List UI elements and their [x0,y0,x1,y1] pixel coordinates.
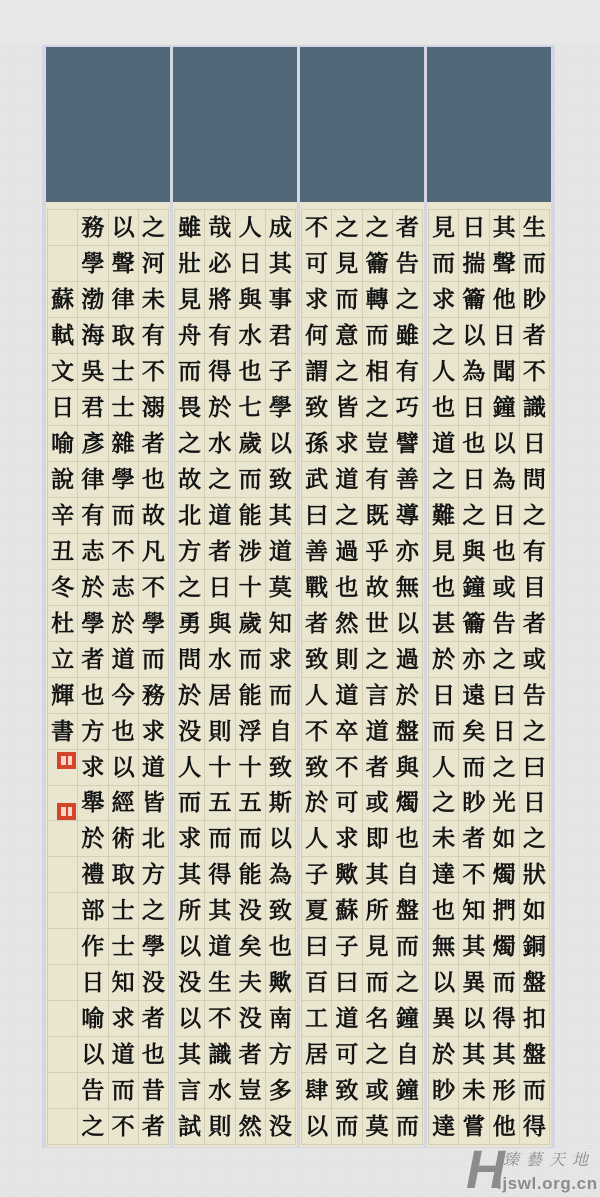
character-cell: 他 [490,282,519,318]
character-cell: 之 [78,1109,107,1145]
character-cell: 畏 [175,390,204,426]
character-cell: 之 [139,893,168,929]
character-cell: 人 [302,678,331,714]
character-cell: 可 [332,1037,361,1073]
panel-header-band [427,47,551,202]
character-cell: 道 [109,1037,138,1073]
character-cell: 致 [266,750,295,786]
character-cell: 之 [175,426,204,462]
character-cell: 曰 [302,498,331,534]
character-cell: 眇 [429,1073,458,1109]
character-cell: 也 [332,570,361,606]
character-cell: 聞 [490,354,519,390]
character-cell: 之 [363,1037,392,1073]
character-cell: 見 [429,534,458,570]
character-cell: 今 [109,678,138,714]
character-cell: 水 [236,318,265,354]
character-cell: 致 [302,750,331,786]
character-cell: 形 [490,1073,519,1109]
character-cell: 者 [520,606,549,642]
scroll-panel-3: 成其事君子學以致其道莫知求而自致斯以為致也歟南方多没 人日與水也七歲而能涉十歲而… [173,47,297,1147]
character-cell: 之 [429,318,458,354]
character-cell: 也 [429,893,458,929]
character-cell: 於 [393,678,422,714]
character-cell: 而 [109,1073,138,1109]
character-cell: 學 [78,606,107,642]
character-cell: 昔 [139,1073,168,1109]
character-cell: 生 [205,965,234,1001]
character-cell: 日 [48,390,77,426]
character-cell: 然 [236,1109,265,1145]
character-cell: 也 [459,426,488,462]
character-cell: 得 [205,354,234,390]
character-cell: 自 [393,857,422,893]
character-cell: 將 [205,282,234,318]
character-cell: 求 [266,642,295,678]
character-cell: 豈 [236,1073,265,1109]
character-cell: 燭 [490,929,519,965]
character-cell: 乎 [363,534,392,570]
character-cell: 不 [109,1109,138,1145]
character-cell: 部 [78,893,107,929]
character-cell: 勇 [175,606,204,642]
character-cell: 蘇 [332,893,361,929]
character-cell: 凡 [139,534,168,570]
character-cell: 以 [490,426,519,462]
character-cell: 也 [266,929,295,965]
character-cell: 聲 [109,246,138,282]
character-cell: 以 [429,965,458,1001]
character-cell: 知 [266,606,295,642]
character-cell: 告 [490,606,519,642]
character-cell: 士 [109,390,138,426]
character-cell: 得 [205,857,234,893]
character-cell: 之 [490,642,519,678]
character-cell: 而 [393,1109,422,1145]
character-cell: 而 [236,642,265,678]
character-cell: 學 [266,390,295,426]
character-cell: 律 [109,282,138,318]
character-cell: 為 [266,857,295,893]
character-cell: 子 [332,929,361,965]
character-cell: 學 [139,606,168,642]
character-cell: 鐘 [393,1001,422,1037]
character-cell: 見 [175,282,204,318]
character-cell: 歟 [332,857,361,893]
character-cell: 喻 [78,1001,107,1037]
character-cell: 方 [266,1037,295,1073]
character-cell: 以 [266,426,295,462]
character-cell: 道 [332,678,361,714]
character-cell: 而 [175,786,204,822]
character-cell: 者 [459,821,488,857]
character-cell: 以 [109,750,138,786]
character-cell: 所 [363,893,392,929]
character-cell: 壯 [175,246,204,282]
character-cell: 其 [266,246,295,282]
panel-header-band [300,47,424,202]
panel-header-band [46,47,170,202]
character-cell: 有 [205,318,234,354]
character-cell: 達 [429,857,458,893]
character-cell: 君 [78,390,107,426]
character-cell: 溺 [139,390,168,426]
character-cell: 扣 [520,1001,549,1037]
character-cell: 巧 [393,390,422,426]
character-cell: 盤 [393,893,422,929]
character-cell: 也 [109,714,138,750]
character-cell: 有 [78,498,107,534]
character-cell: 十 [236,750,265,786]
character-cell: 意 [332,318,361,354]
character-cell: 不 [139,354,168,390]
character-cell [48,929,77,965]
character-cell: 其 [175,857,204,893]
character-cell: 目 [520,570,549,606]
character-cell: 有 [520,534,549,570]
character-cell [48,1109,77,1145]
character-cell: 過 [332,534,361,570]
character-cell: 求 [302,282,331,318]
character-cell: 丑 [48,534,77,570]
character-cell: 未 [139,282,168,318]
character-cell: 狀 [520,857,549,893]
character-cell [48,821,77,857]
character-cell: 然 [332,606,361,642]
character-cell: 没 [175,965,204,1001]
character-cell: 律 [78,462,107,498]
character-cell: 志 [109,570,138,606]
watermark-site-name: 臻藝天地 [503,1152,595,1168]
character-cell: 人 [429,354,458,390]
character-cell: 也 [429,570,458,606]
character-cell: 於 [302,786,331,822]
character-cell: 不 [520,354,549,390]
character-cell: 方 [175,534,204,570]
character-cell: 求 [175,821,204,857]
character-cell [48,893,77,929]
character-grid: 之河未有不溺者也故凡不學而務求道皆北方之學没者也昔者 以聲律取士士雜學而不志於道… [47,209,169,1145]
character-cell: 者 [205,534,234,570]
character-cell: 名 [363,1001,392,1037]
character-cell: 五 [236,786,265,822]
character-cell: 雖 [393,318,422,354]
character-cell: 之 [393,282,422,318]
character-cell: 有 [139,318,168,354]
character-cell: 問 [175,642,204,678]
character-cell: 所 [175,893,204,929]
character-cell: 以 [175,1001,204,1037]
character-cell: 矣 [459,714,488,750]
character-cell: 其 [363,857,392,893]
text-column: 日揣籥以為日也日之與鐘籥亦遠矣而眇者不知其異以其未嘗 [458,210,488,1145]
character-cell: 異 [459,965,488,1001]
character-cell: 日 [236,246,265,282]
character-cell: 喻 [48,426,77,462]
character-cell: 其 [266,498,295,534]
character-cell: 告 [78,1073,107,1109]
character-cell: 致 [266,462,295,498]
character-cell: 雜 [109,426,138,462]
character-cell: 歲 [236,606,265,642]
character-cell: 歲 [236,426,265,462]
character-cell: 没 [236,1001,265,1037]
character-cell: 何 [302,318,331,354]
character-cell: 之 [520,498,549,534]
character-cell: 渤 [78,282,107,318]
character-cell: 肆 [302,1073,331,1109]
character-cell: 人 [175,750,204,786]
character-cell: 銅 [520,929,549,965]
character-cell: 見 [429,210,458,246]
panel-paper: 生而眇者不識日問之有目者或告之曰日之狀如銅盤扣盤而得 其聲他日聞鐘以為日也或告之… [427,202,551,1147]
character-cell: 揣 [459,246,488,282]
character-cell: 輝 [48,678,77,714]
character-cell: 道 [332,462,361,498]
text-column: 見而求之人也道之難見也甚於日而人之未達也無以異於眇達 [428,210,458,1145]
character-cell: 求 [332,426,361,462]
character-cell: 事 [266,282,295,318]
text-column: 生而眇者不識日問之有目者或告之曰日之狀如銅盤扣盤而得 [519,210,549,1145]
character-cell: 北 [175,498,204,534]
character-cell: 之 [332,354,361,390]
character-cell: 也 [393,821,422,857]
text-column: 之籥轉而相之豈有既乎故世之言道者或即其所見而名之或莫 [362,210,392,1145]
character-cell: 志 [78,534,107,570]
character-cell: 以 [302,1109,331,1145]
text-column: 人日與水也七歲而能涉十歲而能浮十五而能没矣夫没者豈然 [235,210,265,1145]
character-cell: 道 [266,534,295,570]
character-cell: 吳 [78,354,107,390]
character-cell: 未 [429,821,458,857]
character-cell: 學 [109,462,138,498]
character-grid: 者告之雖有巧譬善導亦無以過於盤與燭也自盤而之鐘自鐘而 之籥轉而相之豈有既乎故世之… [301,209,423,1145]
character-cell: 以 [78,1037,107,1073]
character-cell: 見 [332,246,361,282]
character-cell: 也 [236,354,265,390]
character-cell: 於 [175,678,204,714]
character-cell: 經 [109,786,138,822]
character-cell [48,965,77,1001]
character-cell: 而 [332,282,361,318]
character-cell: 以 [459,1001,488,1037]
character-cell [48,246,77,282]
character-cell: 光 [490,786,519,822]
character-cell: 燭 [490,857,519,893]
character-cell: 方 [139,857,168,893]
character-cell: 或 [363,1073,392,1109]
character-cell: 世 [363,606,392,642]
character-cell: 書 [48,714,77,750]
character-cell: 於 [205,390,234,426]
character-cell: 子 [302,857,331,893]
character-cell: 日 [490,498,519,534]
character-cell: 武 [302,462,331,498]
character-cell: 於 [429,642,458,678]
character-cell: 不 [459,857,488,893]
character-cell: 籥 [459,282,488,318]
character-cell: 蘇 [48,282,77,318]
character-cell: 日 [490,714,519,750]
character-cell: 士 [109,893,138,929]
character-cell: 為 [459,354,488,390]
character-cell: 其 [490,210,519,246]
character-cell: 立 [48,642,77,678]
watermark-url: ljswl.org.cn [497,1175,598,1192]
character-cell: 致 [302,390,331,426]
character-cell: 試 [175,1109,204,1145]
character-cell [48,1001,77,1037]
text-column: 以聲律取士士雜學而不志於道今也以經術取士士知求道而不 [108,210,138,1145]
character-cell: 居 [205,678,234,714]
character-cell: 難 [429,498,458,534]
character-cell: 水 [205,642,234,678]
character-cell [48,210,77,246]
character-cell: 豈 [363,426,392,462]
character-cell: 識 [520,390,549,426]
character-cell: 有 [393,354,422,390]
character-cell: 日 [490,318,519,354]
character-cell: 善 [393,462,422,498]
character-cell: 之 [139,210,168,246]
character-cell: 知 [109,965,138,1001]
character-cell: 故 [175,462,204,498]
character-cell: 道 [363,714,392,750]
character-cell: 告 [520,678,549,714]
character-cell: 致 [266,893,295,929]
character-cell: 水 [205,426,234,462]
character-cell: 其 [459,1037,488,1073]
character-cell: 亦 [459,642,488,678]
text-column: 哉必將有得於水之道者日與水居則十五而得其道生不識水則 [204,210,234,1145]
panel-header-band [173,47,297,202]
character-cell: 譬 [393,426,422,462]
character-cell: 未 [459,1073,488,1109]
character-cell: 而 [139,642,168,678]
character-cell: 如 [520,893,549,929]
character-cell: 見 [363,929,392,965]
character-cell: 舟 [175,318,204,354]
red-seal-stamp-1 [57,752,76,769]
character-cell: 不 [302,714,331,750]
character-cell: 知 [459,893,488,929]
character-cell: 日 [520,426,549,462]
character-cell: 自 [393,1037,422,1073]
character-cell: 其 [490,1037,519,1073]
character-cell: 與 [459,534,488,570]
character-cell: 能 [236,857,265,893]
character-cell: 或 [363,786,392,822]
character-cell: 而 [236,462,265,498]
character-cell: 也 [78,678,107,714]
character-cell: 與 [236,282,265,318]
character-cell: 致 [332,1073,361,1109]
character-cell: 言 [363,678,392,714]
scroll-panel-2: 者告之雖有巧譬善導亦無以過於盤與燭也自盤而之鐘自鐘而 之籥轉而相之豈有既乎故世之… [300,47,424,1147]
character-cell: 異 [429,1001,458,1037]
inscription-column: 蘇軾文日喻說辛丑冬杜立輝書 [47,210,77,1145]
character-cell: 者 [236,1037,265,1073]
character-cell: 捫 [490,893,519,929]
character-cell: 而 [520,1073,549,1109]
character-cell: 居 [302,1037,331,1073]
character-cell: 如 [490,821,519,857]
character-cell: 日 [520,786,549,822]
character-cell: 能 [236,678,265,714]
character-cell: 者 [139,426,168,462]
character-cell: 盤 [520,965,549,1001]
character-cell: 聲 [490,246,519,282]
character-cell: 之 [332,210,361,246]
character-cell: 夫 [236,965,265,1001]
character-cell: 日 [78,965,107,1001]
character-cell: 眇 [459,786,488,822]
red-seal-stamp-2 [57,803,76,820]
character-cell: 自 [266,714,295,750]
character-cell: 於 [429,1037,458,1073]
character-cell: 相 [363,354,392,390]
character-cell: 得 [490,1001,519,1037]
character-cell: 禮 [78,857,107,893]
character-cell: 之 [363,210,392,246]
character-cell: 之 [520,714,549,750]
character-cell: 說 [48,462,77,498]
character-cell: 以 [266,821,295,857]
character-cell: 致 [302,642,331,678]
character-cell: 則 [205,714,234,750]
character-cell: 取 [109,318,138,354]
character-cell: 作 [78,929,107,965]
character-cell: 既 [363,498,392,534]
character-cell: 求 [429,282,458,318]
character-cell: 問 [520,462,549,498]
text-column: 之見而意之皆求道之過也然則道卒不可求歟蘇子曰道可致而 [331,210,361,1145]
character-cell: 則 [332,642,361,678]
character-cell: 多 [266,1073,295,1109]
character-cell: 而 [363,965,392,1001]
character-cell: 軾 [48,318,77,354]
character-cell: 求 [109,1001,138,1037]
character-cell: 而 [205,821,234,857]
character-cell: 君 [266,318,295,354]
character-cell: 故 [139,498,168,534]
character-cell: 而 [236,821,265,857]
character-cell: 曰 [490,678,519,714]
text-column: 之河未有不溺者也故凡不學而務求道皆北方之學没者也昔者 [138,210,168,1145]
character-cell: 求 [78,750,107,786]
character-cell: 卒 [332,714,361,750]
character-cell [48,1073,77,1109]
character-cell: 没 [266,1109,295,1145]
character-cell: 故 [363,570,392,606]
character-cell: 或 [490,570,519,606]
character-cell: 杜 [48,606,77,642]
character-cell: 者 [139,1001,168,1037]
character-cell: 而 [363,318,392,354]
character-cell: 曰 [332,965,361,1001]
character-cell: 道 [139,750,168,786]
character-cell: 以 [175,929,204,965]
character-cell: 之 [429,462,458,498]
character-cell: 遠 [459,678,488,714]
character-cell: 也 [139,1037,168,1073]
character-cell: 五 [205,786,234,822]
character-cell: 而 [429,246,458,282]
character-cell: 哉 [205,210,234,246]
character-cell: 曰 [302,929,331,965]
character-cell: 皆 [139,786,168,822]
character-cell: 盤 [520,1037,549,1073]
